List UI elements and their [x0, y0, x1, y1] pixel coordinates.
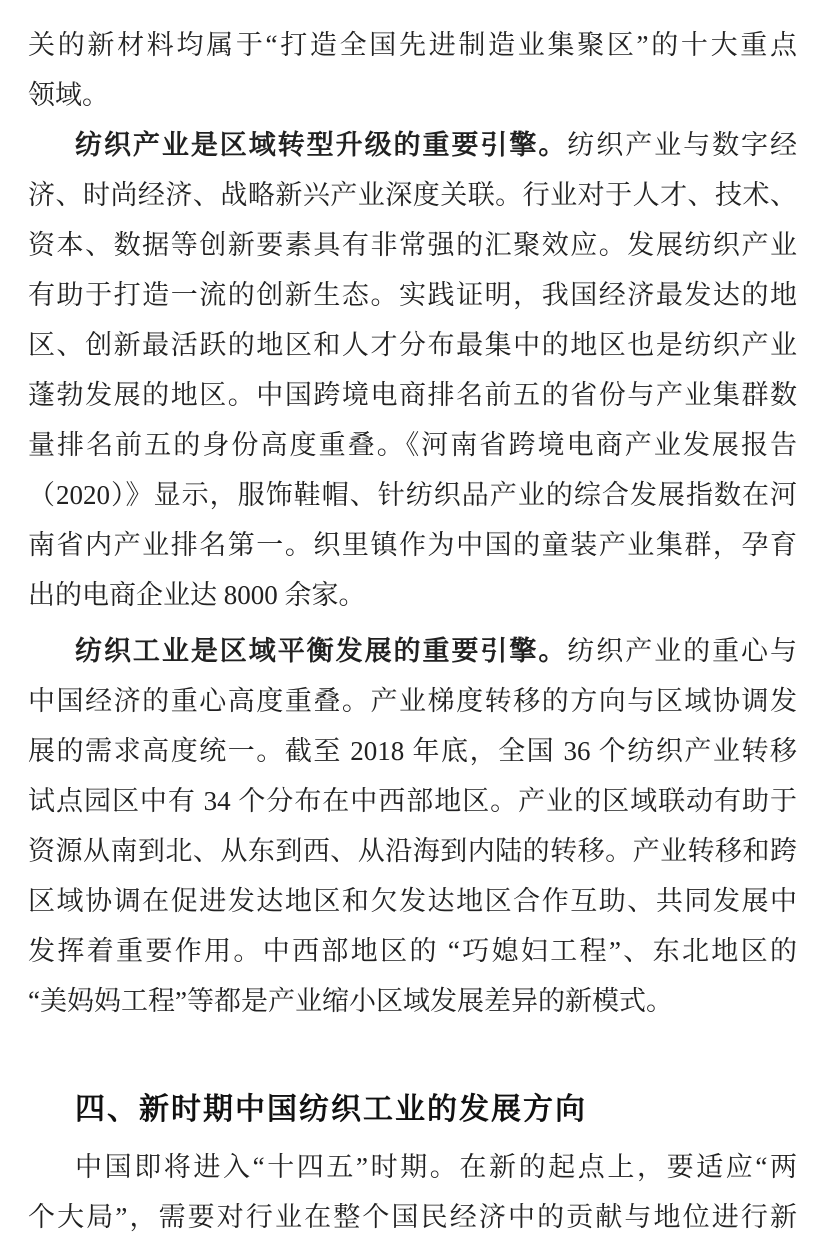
body-line: 领域。 — [28, 70, 797, 120]
body-line: 中国即将进入“十四五”时期。在新的起点上，要适应“两 — [28, 1142, 797, 1192]
bold-lead-in: 纺织产业是区域转型升级的重要引擎。 — [75, 130, 567, 160]
body-line: 中国经济的重心高度重叠。产业梯度转移的方向与区域协调发 — [28, 676, 797, 726]
body-line: 展的需求高度统一。截至 2018 年底，全国 36 个纺织产业转移 — [28, 726, 797, 776]
section-heading: 四、新时期中国纺织工业的发展方向 — [28, 1082, 797, 1138]
body-line: 区、创新最活跃的地区和人才分布最集中的地区也是纺织产业 — [28, 320, 797, 370]
body-line: 纺织产业是区域转型升级的重要引擎。纺织产业与数字经 — [28, 120, 797, 170]
body-line: 蓬勃发展的地区。中国跨境电商排名前五的省份与产业集群数 — [28, 370, 797, 420]
body-line: 南省内产业排名第一。织里镇作为中国的童装产业集群，孕育 — [28, 520, 797, 570]
body-line: 发挥着重要作用。中西部地区的 “巧媳妇工程”、东北地区的 — [28, 926, 797, 976]
line-text: 纺织产业的重心与 — [567, 636, 797, 666]
text-column: 关的新材料均属于“打造全国先进制造业集聚区”的十大重点 领域。 纺织产业是区域转… — [28, 20, 797, 1242]
body-line: 有助于打造一流的创新生态。实践证明，我国经济最发达的地 — [28, 270, 797, 320]
body-line: 资源从南到北、从东到西、从沿海到内陆的转移。产业转移和跨 — [28, 826, 797, 876]
bold-lead-in: 纺织工业是区域平衡发展的重要引擎。 — [75, 636, 567, 666]
document-page: 关的新材料均属于“打造全国先进制造业集聚区”的十大重点 领域。 纺织产业是区域转… — [0, 0, 820, 1250]
body-line: 出的电商企业达 8000 余家。 — [28, 570, 797, 620]
body-line: 济、时尚经济、战略新兴产业深度关联。行业对于人才、技术、 — [28, 170, 797, 220]
body-line: “美妈妈工程”等都是产业缩小区域发展差异的新模式。 — [28, 976, 797, 1026]
body-line: 关的新材料均属于“打造全国先进制造业集聚区”的十大重点 — [28, 20, 797, 70]
body-line: 纺织工业是区域平衡发展的重要引擎。纺织产业的重心与 — [28, 626, 797, 676]
body-line: 资本、数据等创新要素具有非常强的汇聚效应。发展纺织产业 — [28, 220, 797, 270]
body-line: 个大局”，需要对行业在整个国民经济中的贡献与地位进行新 — [28, 1192, 797, 1242]
body-line: 量排名前五的身份高度重叠。《河南省跨境电商产业发展报告 — [28, 420, 797, 470]
body-line: 试点园区中有 34 个分布在中西部地区。产业的区域联动有助于 — [28, 776, 797, 826]
body-line: 区域协调在促进发达地区和欠发达地区合作互助、共同发展中 — [28, 876, 797, 926]
body-line: （2020）》显示，服饰鞋帽、针纺织品产业的综合发展指数在河 — [28, 470, 797, 520]
line-text: 纺织产业与数字经 — [567, 130, 797, 160]
